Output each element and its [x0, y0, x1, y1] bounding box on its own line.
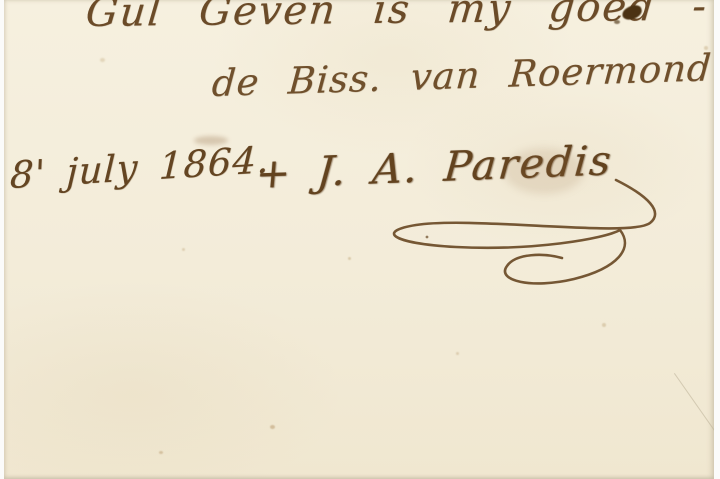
foxing-spot: [100, 58, 105, 62]
manuscript-line-1: Gul Geven is my goed -: [84, 0, 710, 36]
foxing-spot: [182, 248, 185, 251]
foxing-spot: [159, 451, 163, 454]
foxing-spot: [348, 257, 351, 260]
foxing-spot: [456, 352, 459, 355]
manuscript-paper: Gul Geven is my goed - de Biss. van Roer…: [4, 0, 714, 479]
manuscript-date: 8' july 1864.: [9, 138, 271, 197]
manuscript-signature: + J. A. Paredis: [254, 136, 615, 198]
foxing-spot: [602, 323, 606, 327]
paper-crease: [674, 373, 714, 444]
foxing-spot: [270, 425, 275, 429]
photo-background: Gul Geven is my goed - de Biss. van Roer…: [0, 0, 720, 479]
manuscript-line-2: de Biss. van Roermond: [210, 46, 713, 105]
